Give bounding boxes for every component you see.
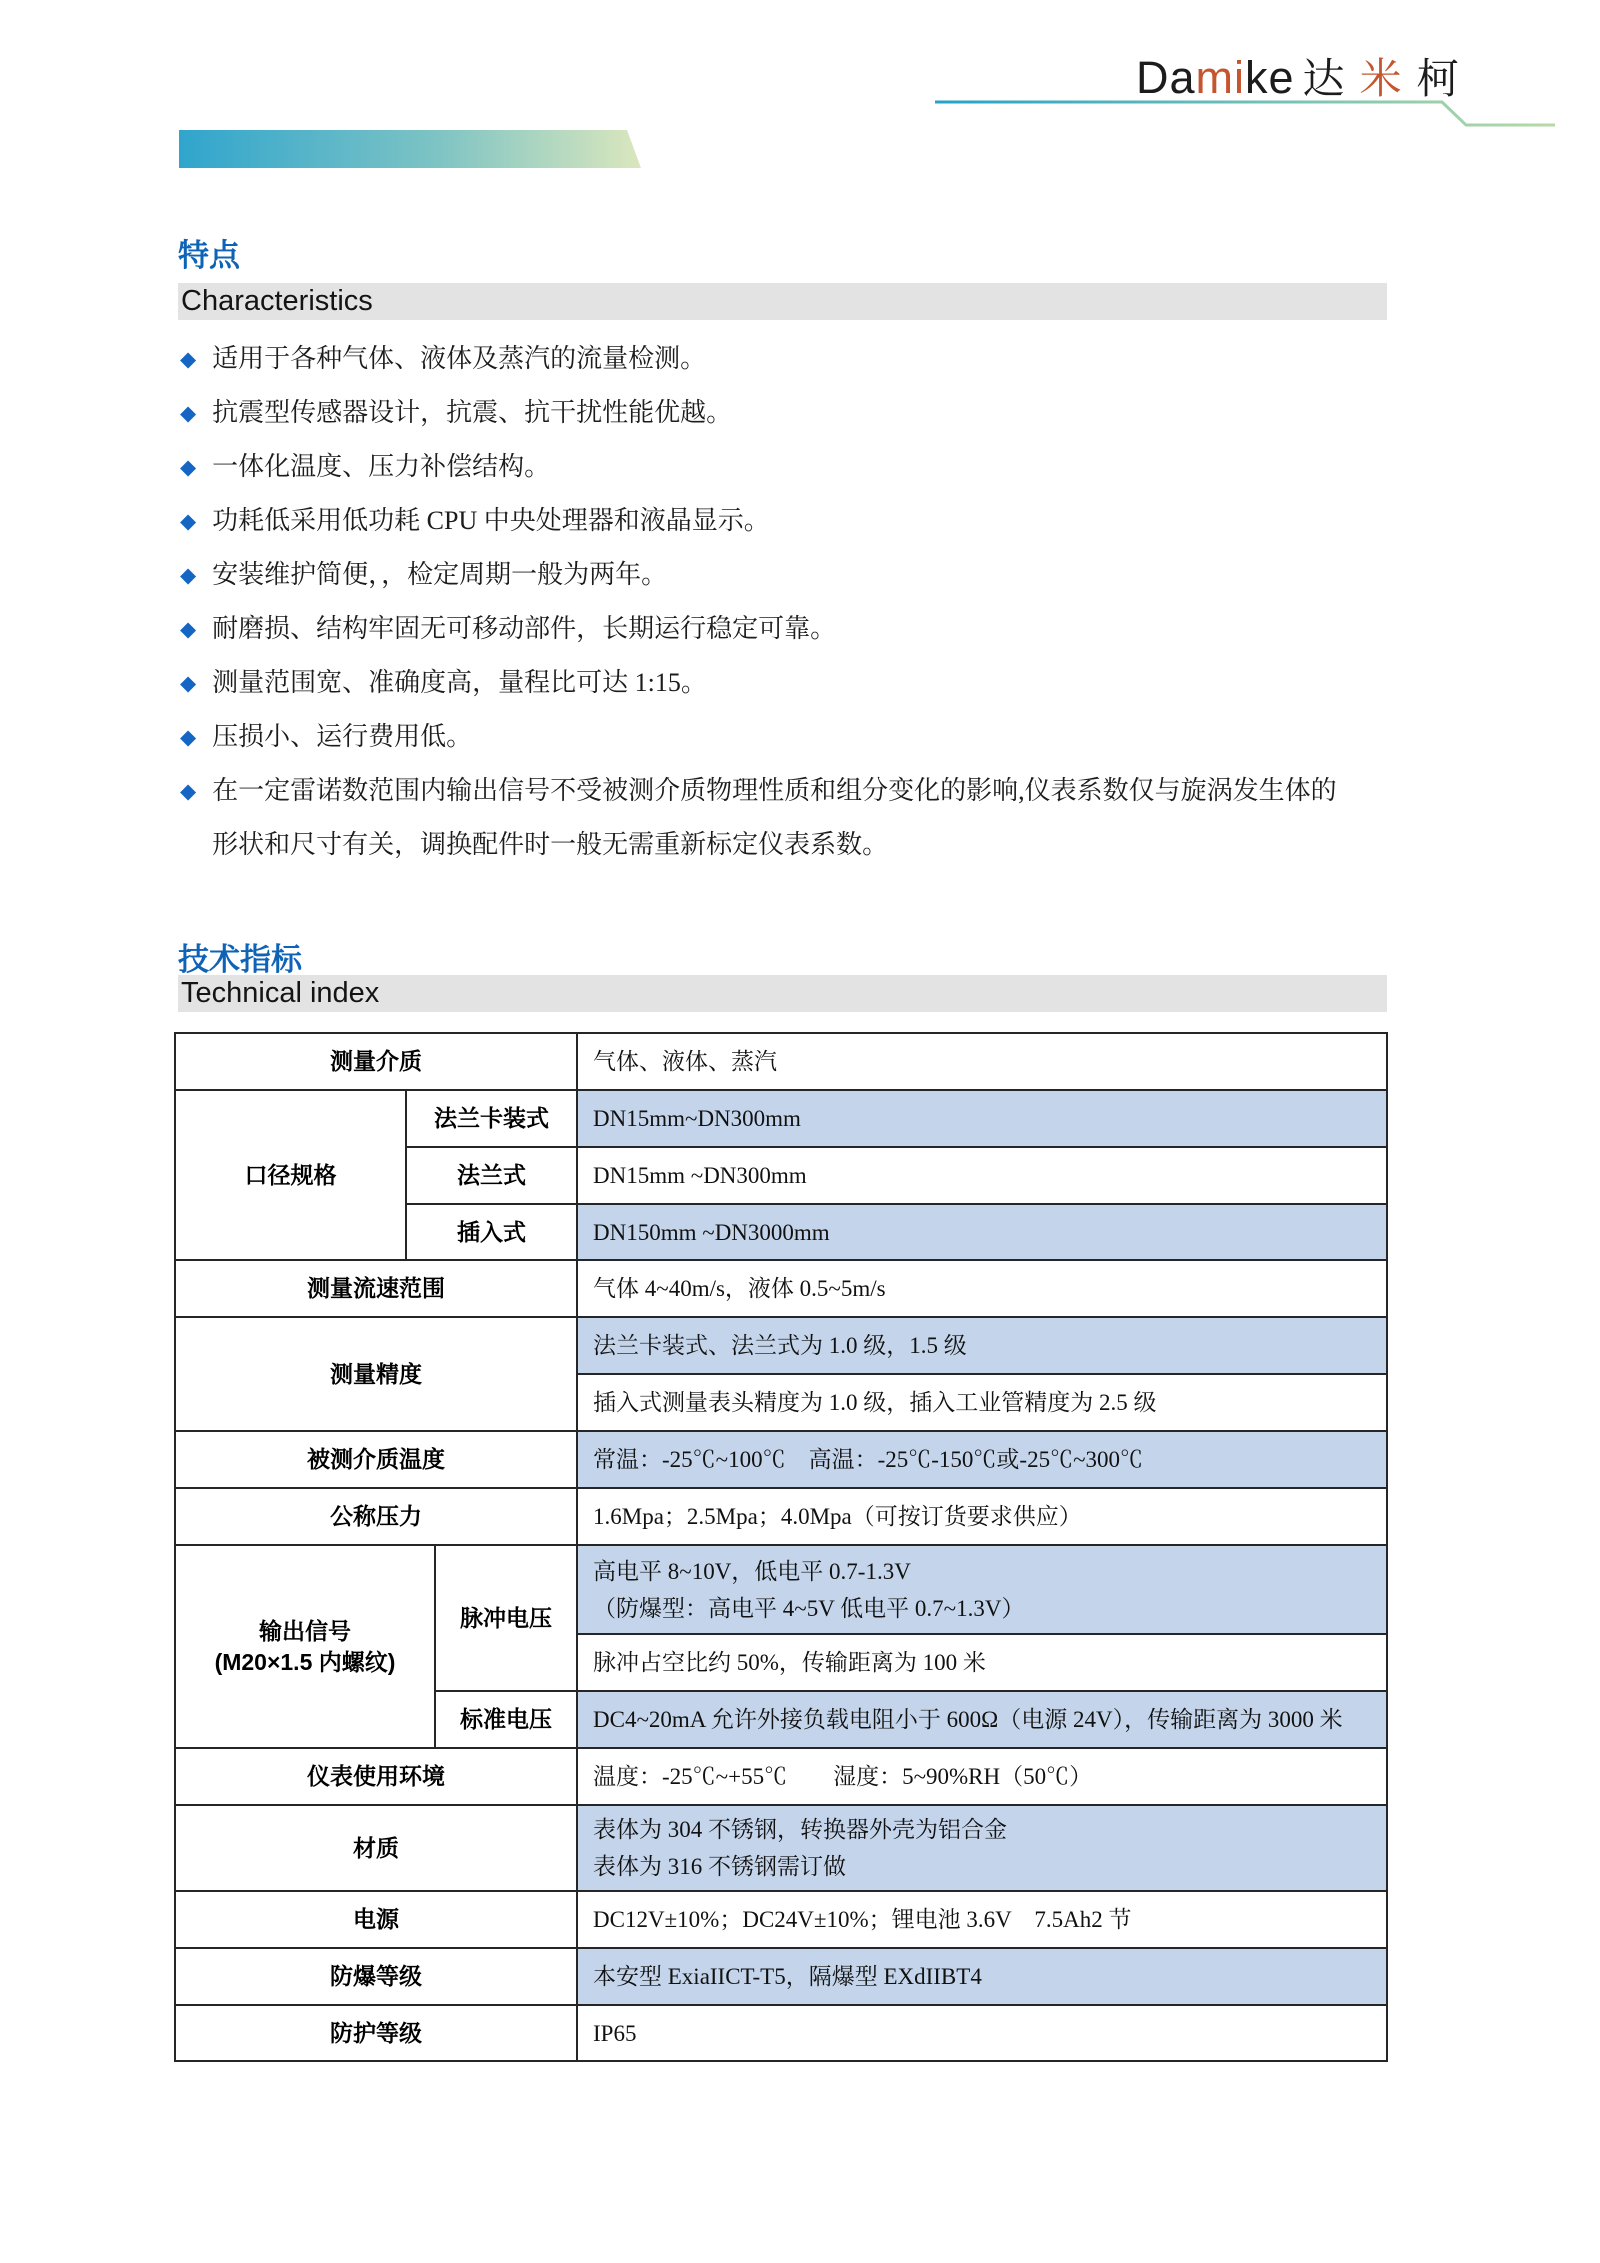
bullet-text: 一体化温度、压力补偿结构。 bbox=[212, 440, 550, 494]
power-supply-label: 电源 bbox=[175, 1891, 577, 1948]
bullet-diamond-icon: ◆ bbox=[180, 386, 196, 440]
pulse-duty-cycle-value: 脉冲占空比约 50%，传输距离为 100 米 bbox=[577, 1634, 1387, 1691]
section-title-characteristics-zh: 特点 bbox=[178, 230, 240, 275]
operating-environment-label: 仪表使用环境 bbox=[175, 1748, 577, 1805]
bullet-text: 功耗低采用低功耗 CPU 中央处理器和液晶显示。 bbox=[212, 494, 770, 548]
medium-temperature-label: 被测介质温度 bbox=[175, 1431, 577, 1488]
bullet-item: ◆一体化温度、压力补偿结构。 bbox=[178, 440, 1390, 494]
row-operating-environment: 仪表使用环境 温度：-25℃~+55℃ 湿度：5~90%RH（50℃） bbox=[175, 1748, 1387, 1805]
row-protection-rating: 防护等级 IP65 bbox=[175, 2005, 1387, 2061]
bullet-diamond-icon: ◆ bbox=[180, 656, 196, 710]
bullet-item: ◆压损小、运行费用低。 bbox=[178, 710, 1390, 764]
row-pulse-voltage-levels: 输出信号 (M20×1.5 内螺纹) 脉冲电压 高电平 8~10V，低电平 0.… bbox=[175, 1545, 1387, 1634]
standard-voltage-label: 标准电压 bbox=[435, 1691, 577, 1748]
bullet-diamond-icon: ◆ bbox=[180, 602, 196, 656]
section-title-technical-en: Technical index bbox=[178, 975, 1387, 1012]
characteristics-bullet-list: ◆适用于各种气体、液体及蒸汽的流量检测。 ◆抗震型传感器设计，抗震、抗干扰性能优… bbox=[178, 332, 1390, 872]
bullet-text: 在一定雷诺数范围内输出信号不受被测介质物理性质和组分变化的影响,仪表系数仅与旋涡… bbox=[212, 764, 1337, 872]
section-title-technical-zh: 技术指标 bbox=[178, 934, 302, 979]
bullet-item: ◆在一定雷诺数范围内输出信号不受被测介质物理性质和组分变化的影响,仪表系数仅与旋… bbox=[178, 764, 1390, 872]
flange-label: 法兰式 bbox=[406, 1147, 577, 1204]
bullet-diamond-icon: ◆ bbox=[180, 548, 196, 602]
header-gradient-bar bbox=[179, 130, 641, 168]
bullet-item: ◆测量范围宽、准确度高，量程比可达 1:15。 bbox=[178, 656, 1390, 710]
accuracy-insertion-value: 插入式测量表头精度为 1.0 级，插入工业管精度为 2.5 级 bbox=[577, 1374, 1387, 1431]
explosion-proof-value: 本安型 ExiaIICT-T5，隔爆型 EXdIIBT4 bbox=[577, 1948, 1387, 2005]
accuracy-label: 测量精度 bbox=[175, 1317, 577, 1431]
bullet-diamond-icon: ◆ bbox=[180, 710, 196, 764]
nominal-pressure-label: 公称压力 bbox=[175, 1488, 577, 1545]
bullet-text: 安装维护简便，，检定周期一般为两年。 bbox=[212, 548, 667, 602]
datasheet-page: Damike达米柯 特点 Characteristics ◆适用于各种气体、液体… bbox=[0, 0, 1600, 2263]
measuring-medium-value: 气体、液体、蒸汽 bbox=[577, 1033, 1387, 1090]
bullet-text: 耐磨损、结构牢固无可移动部件，长期运行稳定可靠。 bbox=[212, 602, 836, 656]
bullet-item: ◆抗震型传感器设计，抗震、抗干扰性能优越。 bbox=[178, 386, 1390, 440]
row-power-supply: 电源 DC12V±10%；DC24V±10%；锂电池 3.6V 7.5Ah2 节 bbox=[175, 1891, 1387, 1948]
flange-clamp-value: DN15mm~DN300mm bbox=[577, 1090, 1387, 1147]
bullet-text: 抗震型传感器设计，抗震、抗干扰性能优越。 bbox=[212, 386, 732, 440]
standard-voltage-value: DC4~20mA 允许外接负载电阻小于 600Ω（电源 24V），传输距离为 3… bbox=[577, 1691, 1387, 1748]
operating-environment-value: 温度：-25℃~+55℃ 湿度：5~90%RH（50℃） bbox=[577, 1748, 1387, 1805]
diameter-spec-label: 口径规格 bbox=[175, 1090, 406, 1260]
bullet-diamond-icon: ◆ bbox=[180, 494, 196, 548]
bullet-text: 压损小、运行费用低。 bbox=[212, 710, 472, 764]
bullet-text: 适用于各种气体、液体及蒸汽的流量检测。 bbox=[212, 332, 706, 386]
bullet-item: ◆功耗低采用低功耗 CPU 中央处理器和液晶显示。 bbox=[178, 494, 1390, 548]
row-accuracy-flange: 测量精度 法兰卡装式、法兰式为 1.0 级，1.5 级 bbox=[175, 1317, 1387, 1374]
bullet-item: ◆耐磨损、结构牢固无可移动部件，长期运行稳定可靠。 bbox=[178, 602, 1390, 656]
bullet-diamond-icon: ◆ bbox=[180, 764, 196, 818]
flow-velocity-label: 测量流速范围 bbox=[175, 1260, 577, 1317]
row-measuring-medium: 测量介质 气体、液体、蒸汽 bbox=[175, 1033, 1387, 1090]
flow-velocity-value: 气体 4~40m/s，液体 0.5~5m/s bbox=[577, 1260, 1387, 1317]
accuracy-flange-value: 法兰卡装式、法兰式为 1.0 级，1.5 级 bbox=[577, 1317, 1387, 1374]
pulse-voltage-label: 脉冲电压 bbox=[435, 1545, 577, 1691]
bullet-text: 测量范围宽、准确度高，量程比可达 1:15。 bbox=[212, 656, 707, 710]
row-flow-velocity: 测量流速范围 气体 4~40m/s，液体 0.5~5m/s bbox=[175, 1260, 1387, 1317]
insertion-label: 插入式 bbox=[406, 1204, 577, 1260]
row-medium-temperature: 被测介质温度 常温：-25℃~100℃ 高温：-25℃-150℃或-25℃~30… bbox=[175, 1431, 1387, 1488]
nominal-pressure-value: 1.6Mpa；2.5Mpa；4.0Mpa（可按订货要求供应） bbox=[577, 1488, 1387, 1545]
output-signal-label: 输出信号 (M20×1.5 内螺纹) bbox=[175, 1545, 435, 1748]
section-title-characteristics-en: Characteristics bbox=[178, 283, 1387, 320]
medium-temperature-value: 常温：-25℃~100℃ 高温：-25℃-150℃或-25℃~300℃ bbox=[577, 1431, 1387, 1488]
flange-value: DN15mm ~DN300mm bbox=[577, 1147, 1387, 1204]
bullet-diamond-icon: ◆ bbox=[180, 332, 196, 386]
insertion-value: DN150mm ~DN3000mm bbox=[577, 1204, 1387, 1260]
protection-rating-value: IP65 bbox=[577, 2005, 1387, 2061]
logo-underline-rule bbox=[930, 94, 1560, 134]
row-explosion-proof: 防爆等级 本安型 ExiaIICT-T5，隔爆型 EXdIIBT4 bbox=[175, 1948, 1387, 2005]
bullet-item: ◆安装维护简便，，检定周期一般为两年。 bbox=[178, 548, 1390, 602]
measuring-medium-label: 测量介质 bbox=[175, 1033, 577, 1090]
spec-table: 测量介质 气体、液体、蒸汽 口径规格 法兰卡装式 DN15mm~DN300mm … bbox=[174, 1032, 1388, 2062]
material-label: 材质 bbox=[175, 1805, 577, 1891]
row-diameter-flange-clamp: 口径规格 法兰卡装式 DN15mm~DN300mm bbox=[175, 1090, 1387, 1147]
bullet-diamond-icon: ◆ bbox=[180, 440, 196, 494]
pulse-voltage-levels-value: 高电平 8~10V，低电平 0.7-1.3V （防爆型：高电平 4~5V 低电平… bbox=[577, 1545, 1387, 1634]
protection-rating-label: 防护等级 bbox=[175, 2005, 577, 2061]
material-value: 表体为 304 不锈钢，转换器外壳为铝合金 表体为 316 不锈钢需订做 bbox=[577, 1805, 1387, 1891]
row-nominal-pressure: 公称压力 1.6Mpa；2.5Mpa；4.0Mpa（可按订货要求供应） bbox=[175, 1488, 1387, 1545]
bullet-item: ◆适用于各种气体、液体及蒸汽的流量检测。 bbox=[178, 332, 1390, 386]
flange-clamp-label: 法兰卡装式 bbox=[406, 1090, 577, 1147]
row-material: 材质 表体为 304 不锈钢，转换器外壳为铝合金 表体为 316 不锈钢需订做 bbox=[175, 1805, 1387, 1891]
explosion-proof-label: 防爆等级 bbox=[175, 1948, 577, 2005]
power-supply-value: DC12V±10%；DC24V±10%；锂电池 3.6V 7.5Ah2 节 bbox=[577, 1891, 1387, 1948]
